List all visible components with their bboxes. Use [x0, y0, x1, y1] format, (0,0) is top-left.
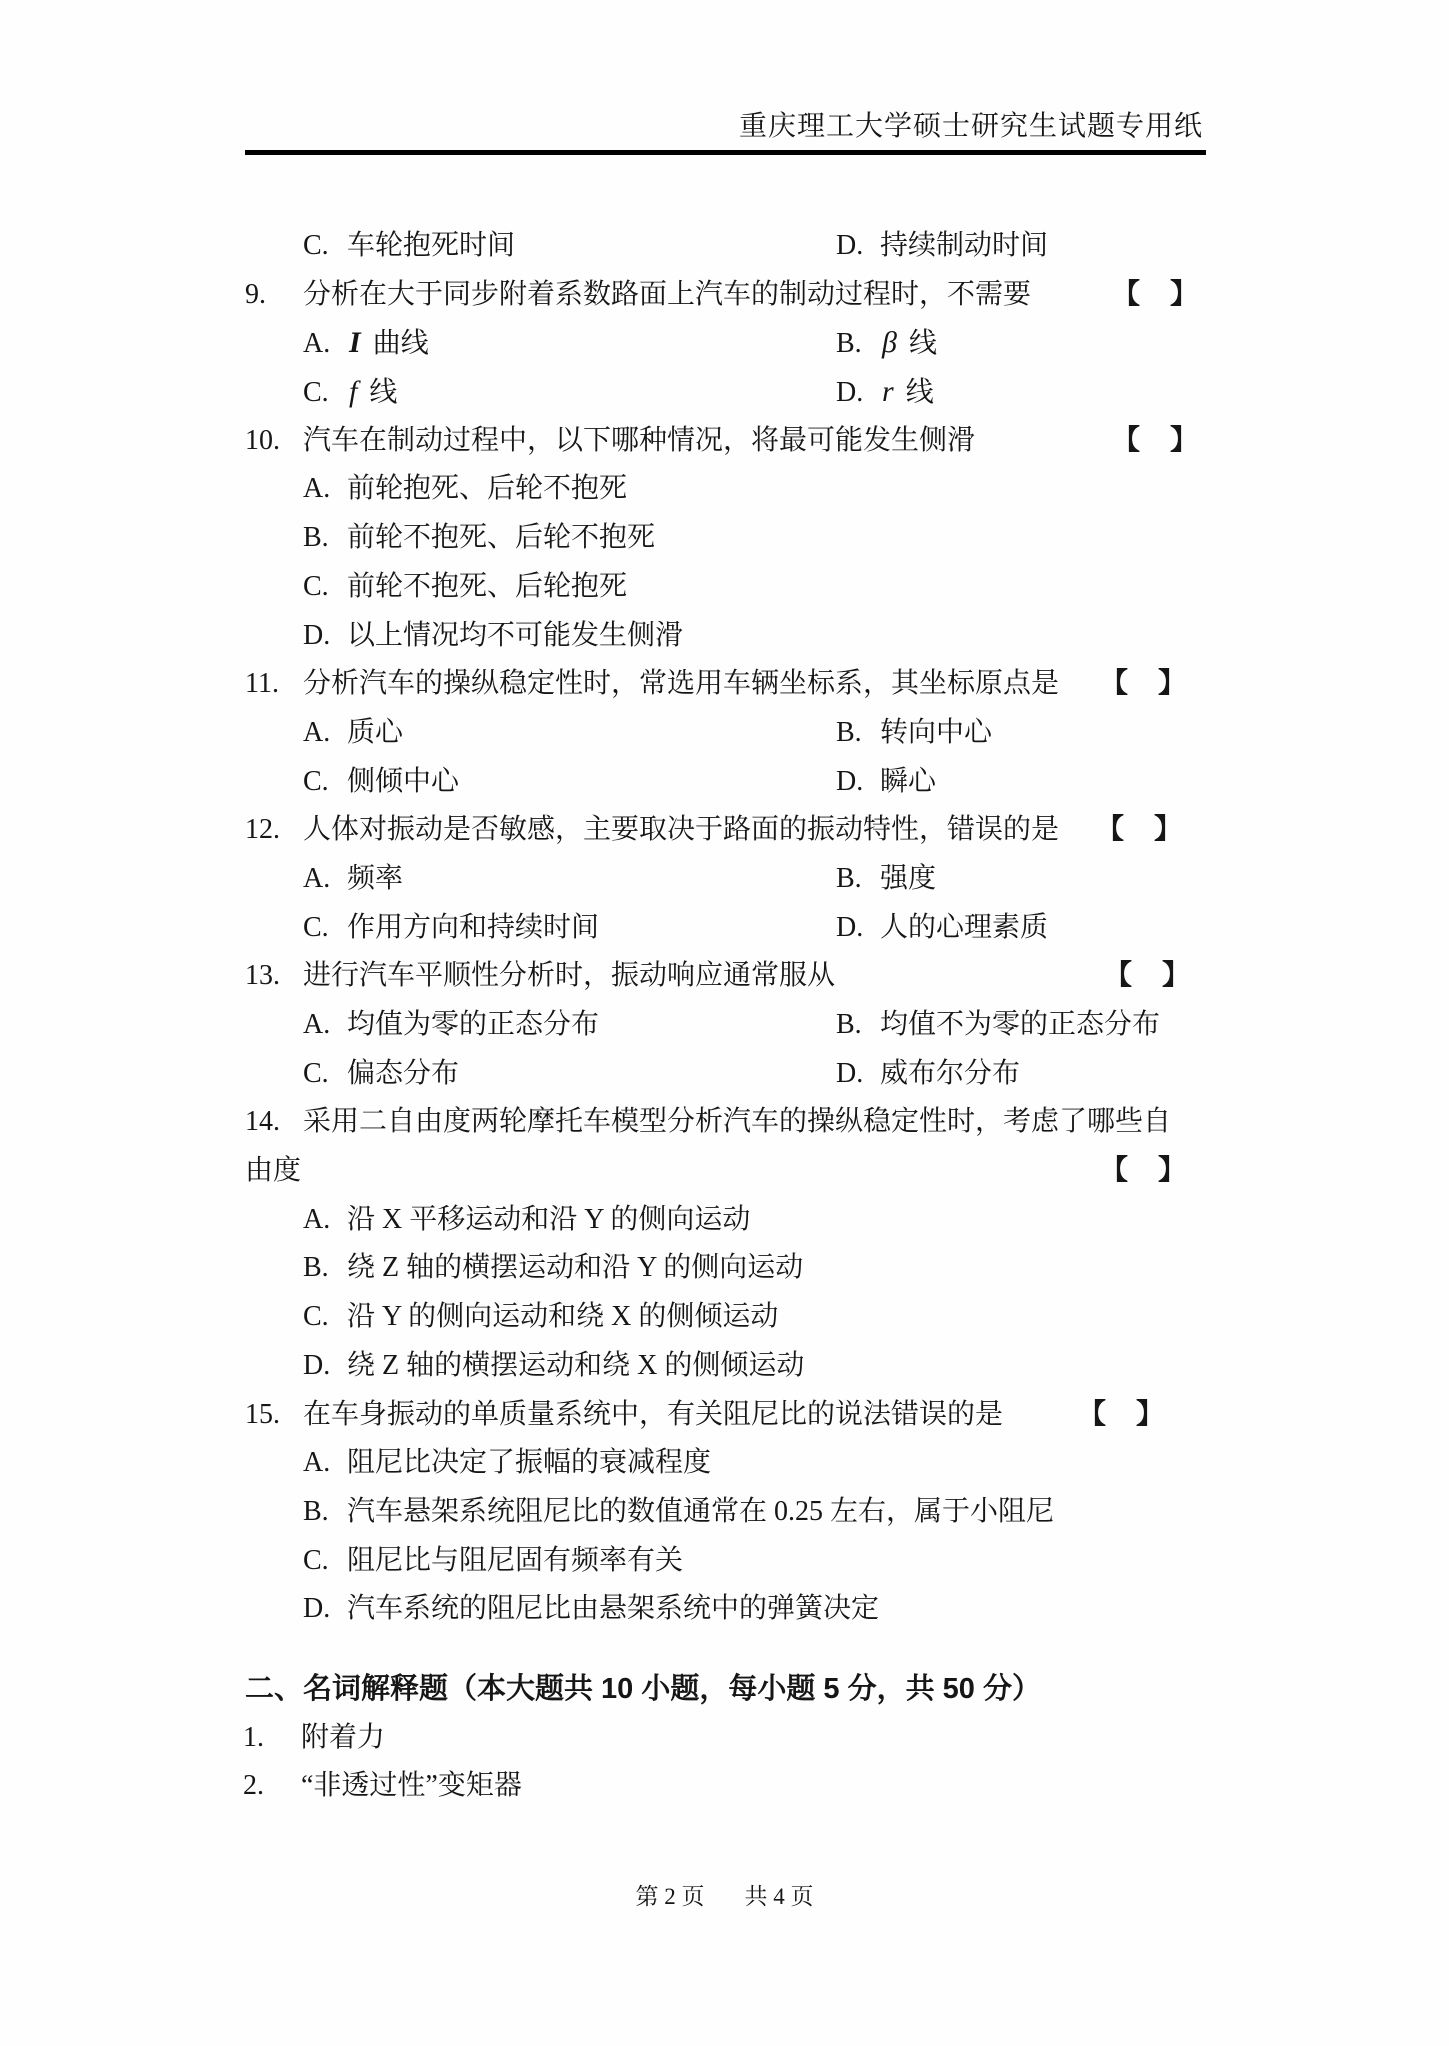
- bracket-open: 【: [1096, 806, 1124, 855]
- option-row: A.质心 B.转向中心: [0, 709, 1449, 758]
- option-label: A.: [303, 709, 347, 758]
- option-text: 人的心理素质: [880, 912, 1048, 943]
- question-stem: 在车身振动的单质量系统中，有关阻尼比的说法错误的是: [303, 1399, 1003, 1430]
- question-stem: 人体对振动是否敏感，主要取决于路面的振动特性，错误的是: [303, 814, 1059, 845]
- option-item: B.强度: [836, 855, 936, 904]
- bracket-open: 【: [1100, 1147, 1128, 1196]
- bracket-close: 】: [1154, 806, 1182, 855]
- option-text: 瞬心: [880, 766, 936, 797]
- option-item: A.前轮抱死、后轮不抱死: [303, 473, 627, 504]
- section-2-heading: 二、名词解释题（本大题共 10 小题，每小题 5 分，共 50 分）: [0, 1665, 1449, 1714]
- option-text: 线: [909, 328, 937, 359]
- option-item: B.β线: [836, 319, 937, 369]
- option-label: D.: [836, 369, 880, 418]
- option-text: 以上情况均不可能发生侧滑: [347, 620, 683, 651]
- option-text: 阻尼比与阻尼固有频率有关: [347, 1545, 683, 1576]
- option-item: C.侧倾中心: [303, 766, 459, 797]
- option-item: A.阻尼比决定了振幅的衰减程度: [303, 1447, 711, 1478]
- question-number: 10.: [245, 417, 303, 466]
- answer-brackets: 【】: [1100, 1147, 1186, 1196]
- option-text: 偏态分布: [347, 1058, 459, 1089]
- option-text: 前轮抱死、后轮不抱死: [347, 473, 627, 504]
- option-label: B.: [303, 1488, 347, 1537]
- option-item: D.人的心理素质: [836, 904, 1048, 953]
- option-text: 阻尼比决定了振幅的衰减程度: [347, 1447, 711, 1478]
- question-stem: 分析在大于同步附着系数路面上汽车的制动过程时，不需要: [303, 279, 1031, 310]
- option-row: A.阻尼比决定了振幅的衰减程度: [0, 1439, 1449, 1488]
- question-15-stem-row: 15.在车身振动的单质量系统中，有关阻尼比的说法错误的是 【】: [0, 1391, 1449, 1440]
- option-text: 沿 Y 的侧向运动和绕 X 的侧倾运动: [347, 1301, 778, 1332]
- option-row: C.阻尼比与阻尼固有频率有关: [0, 1537, 1449, 1586]
- term-number: 1.: [243, 1714, 301, 1763]
- option-text: 作用方向和持续时间: [347, 912, 599, 943]
- option-text: 汽车系统的阻尼比由悬架系统中的弹簧决定: [347, 1593, 879, 1624]
- option-item: A.均值为零的正态分布: [303, 1009, 599, 1040]
- term-text: 附着力: [301, 1722, 385, 1753]
- option-label: B.: [303, 514, 347, 563]
- page-total: 共 4 页: [745, 1884, 814, 1909]
- option-item: A.I曲线: [303, 328, 429, 359]
- question-stem: 分析汽车的操纵稳定性时，常选用车辆坐标系，其坐标原点是: [303, 668, 1059, 699]
- option-item: D.汽车系统的阻尼比由悬架系统中的弹簧决定: [303, 1593, 879, 1624]
- question-14-stem-continued-row: 由度 【】: [0, 1147, 1449, 1196]
- option-item: C.沿 Y 的侧向运动和绕 X 的侧倾运动: [303, 1301, 778, 1332]
- option-text: 线: [906, 377, 934, 408]
- option-label: A.: [303, 855, 347, 904]
- page-number: 第 2 页: [636, 1884, 705, 1909]
- option-label: A.: [303, 1196, 347, 1245]
- option-label: B.: [836, 709, 880, 758]
- bracket-open: 【: [1112, 417, 1140, 466]
- bracket-close: 】: [1158, 1147, 1186, 1196]
- option-label: A.: [303, 1001, 347, 1050]
- term-item: 2.“非透过性”变矩器: [0, 1762, 1449, 1811]
- option-label: D.: [303, 1585, 347, 1634]
- option-text: 强度: [880, 863, 936, 894]
- option-label: C.: [303, 1537, 347, 1586]
- option-variable: β: [882, 326, 897, 359]
- option-item: A.沿 X 平移运动和沿 Y 的侧向运动: [303, 1204, 750, 1235]
- answer-brackets: 【】: [1112, 417, 1198, 466]
- answer-brackets: 【】: [1078, 1391, 1164, 1440]
- term-item: 1.附着力: [0, 1714, 1449, 1763]
- option-row: C.前轮不抱死、后轮抱死: [0, 563, 1449, 612]
- page-header-title: 重庆理工大学硕士研究生试题专用纸: [739, 104, 1203, 144]
- question-number: 11.: [245, 660, 303, 709]
- answer-brackets: 【】: [1112, 271, 1198, 320]
- option-item: C.作用方向和持续时间: [303, 912, 599, 943]
- option-item: C.车轮抱死时间: [303, 230, 515, 261]
- option-text: 频率: [347, 863, 403, 894]
- option-row: B.前轮不抱死、后轮不抱死: [0, 514, 1449, 563]
- question-number: 12.: [245, 806, 303, 855]
- option-text: 绕 Z 轴的横摆运动和沿 Y 的侧向运动: [347, 1252, 803, 1283]
- option-item: C.f线: [303, 377, 397, 408]
- option-label: A.: [303, 320, 347, 369]
- option-row: C.车轮抱死时间 D.持续制动时间: [0, 222, 1449, 271]
- answer-brackets: 【】: [1096, 806, 1182, 855]
- option-row: D.以上情况均不可能发生侧滑: [0, 612, 1449, 661]
- option-row: A.均值为零的正态分布 B.均值不为零的正态分布: [0, 1001, 1449, 1050]
- option-label: B.: [836, 320, 880, 369]
- question-number: 15.: [245, 1391, 303, 1440]
- bracket-open: 【: [1104, 952, 1132, 1001]
- option-row: C.侧倾中心 D.瞬心: [0, 758, 1449, 807]
- option-item: B.前轮不抱死、后轮不抱死: [303, 522, 655, 553]
- question-stem: 采用二自由度两轮摩托车模型分析汽车的操纵稳定性时，考虑了哪些自: [303, 1106, 1171, 1137]
- page-footer: 第 2 页共 4 页: [0, 1878, 1449, 1911]
- question-stem: 汽车在制动过程中，以下哪种情况，将最可能发生侧滑: [303, 425, 975, 456]
- option-label: B.: [836, 855, 880, 904]
- bracket-open: 【: [1112, 271, 1140, 320]
- option-label: C.: [303, 904, 347, 953]
- option-item: C.阻尼比与阻尼固有频率有关: [303, 1545, 683, 1576]
- option-text: 威布尔分布: [880, 1058, 1020, 1089]
- option-text: 汽车悬架系统阻尼比的数值通常在 0.25 左右，属于小阻尼: [347, 1496, 1054, 1527]
- option-item: C.偏态分布: [303, 1058, 459, 1089]
- option-label: D.: [303, 1342, 347, 1391]
- option-variable: f: [349, 375, 357, 408]
- bracket-close: 】: [1170, 417, 1198, 466]
- option-item: D.持续制动时间: [836, 222, 1048, 271]
- option-text: 前轮不抱死、后轮抱死: [347, 571, 627, 602]
- option-label: A.: [303, 1439, 347, 1488]
- option-text: 持续制动时间: [880, 230, 1048, 261]
- option-item: D.瞬心: [836, 758, 936, 807]
- option-row: A.频率 B.强度: [0, 855, 1449, 904]
- question-12-stem-row: 12.人体对振动是否敏感，主要取决于路面的振动特性，错误的是 【】: [0, 806, 1449, 855]
- bracket-open: 【: [1100, 660, 1128, 709]
- question-number: 14.: [245, 1098, 303, 1147]
- answer-brackets: 【】: [1100, 660, 1186, 709]
- question-13-stem-row: 13.进行汽车平顺性分析时，振动响应通常服从 【】: [0, 952, 1449, 1001]
- option-row: A.前轮抱死、后轮不抱死: [0, 465, 1449, 514]
- question-number: 13.: [245, 952, 303, 1001]
- option-row: A.I曲线 B.β线: [0, 319, 1449, 368]
- option-variable: r: [882, 375, 894, 408]
- option-text: 侧倾中心: [347, 766, 459, 797]
- option-label: C.: [303, 222, 347, 271]
- option-item: B.汽车悬架系统阻尼比的数值通常在 0.25 左右，属于小阻尼: [303, 1496, 1054, 1527]
- option-text: 均值为零的正态分布: [347, 1009, 599, 1040]
- option-item: B.均值不为零的正态分布: [836, 1001, 1160, 1050]
- option-row: A.沿 X 平移运动和沿 Y 的侧向运动: [0, 1196, 1449, 1245]
- question-stem-continued: 由度: [245, 1155, 301, 1186]
- option-label: C.: [303, 1050, 347, 1099]
- bracket-close: 】: [1136, 1391, 1164, 1440]
- bracket-close: 】: [1162, 952, 1190, 1001]
- question-10-stem-row: 10.汽车在制动过程中，以下哪种情况，将最可能发生侧滑 【】: [0, 417, 1449, 466]
- option-item: A.频率: [303, 863, 403, 894]
- option-text: 曲线: [373, 328, 429, 359]
- option-item: B.绕 Z 轴的横摆运动和沿 Y 的侧向运动: [303, 1252, 803, 1283]
- header-rule: [245, 150, 1206, 155]
- option-text: 均值不为零的正态分布: [880, 1009, 1160, 1040]
- question-14-stem-row: 14.采用二自由度两轮摩托车模型分析汽车的操纵稳定性时，考虑了哪些自: [0, 1098, 1449, 1147]
- option-text: 车轮抱死时间: [347, 230, 515, 261]
- option-label: B.: [303, 1244, 347, 1293]
- option-item: D.以上情况均不可能发生侧滑: [303, 620, 683, 651]
- term-text: “非透过性”变矩器: [301, 1770, 522, 1801]
- option-text: 转向中心: [880, 717, 992, 748]
- option-label: D.: [836, 758, 880, 807]
- question-11-stem-row: 11.分析汽车的操纵稳定性时，常选用车辆坐标系，其坐标原点是 【】: [0, 660, 1449, 709]
- bracket-close: 】: [1158, 660, 1186, 709]
- term-number: 2.: [243, 1762, 301, 1811]
- option-label: A.: [303, 465, 347, 514]
- option-item: C.前轮不抱死、后轮抱死: [303, 571, 627, 602]
- question-number: 9.: [245, 271, 303, 320]
- option-item: D.绕 Z 轴的横摆运动和绕 X 的侧倾运动: [303, 1350, 804, 1381]
- option-label: D.: [836, 904, 880, 953]
- option-label: D.: [303, 612, 347, 661]
- option-label: C.: [303, 563, 347, 612]
- option-row: C.f线 D.r线: [0, 368, 1449, 417]
- option-item: A.质心: [303, 717, 403, 748]
- option-item: B.转向中心: [836, 709, 992, 758]
- question-stem: 进行汽车平顺性分析时，振动响应通常服从: [303, 960, 835, 991]
- option-row: C.作用方向和持续时间 D.人的心理素质: [0, 904, 1449, 953]
- option-text: 线: [369, 377, 397, 408]
- option-text: 前轮不抱死、后轮不抱死: [347, 522, 655, 553]
- option-row: D.绕 Z 轴的横摆运动和绕 X 的侧倾运动: [0, 1342, 1449, 1391]
- option-row: D.汽车系统的阻尼比由悬架系统中的弹簧决定: [0, 1585, 1449, 1634]
- option-item: D.r线: [836, 368, 934, 418]
- option-label: D.: [836, 222, 880, 271]
- option-label: B.: [836, 1001, 880, 1050]
- exam-page: 重庆理工大学硕士研究生试题专用纸 C.车轮抱死时间 D.持续制动时间 9.分析在…: [0, 0, 1449, 2046]
- option-text: 沿 X 平移运动和沿 Y 的侧向运动: [347, 1204, 750, 1235]
- question-9-stem-row: 9.分析在大于同步附着系数路面上汽车的制动过程时，不需要 【】: [0, 271, 1449, 320]
- option-row: B.汽车悬架系统阻尼比的数值通常在 0.25 左右，属于小阻尼: [0, 1488, 1449, 1537]
- answer-brackets: 【】: [1104, 952, 1190, 1001]
- option-row: B.绕 Z 轴的横摆运动和沿 Y 的侧向运动: [0, 1244, 1449, 1293]
- option-label: C.: [303, 758, 347, 807]
- option-text: 质心: [347, 717, 403, 748]
- option-label: D.: [836, 1050, 880, 1099]
- option-text: 绕 Z 轴的横摆运动和绕 X 的侧倾运动: [347, 1350, 804, 1381]
- bracket-close: 】: [1170, 271, 1198, 320]
- option-item: D.威布尔分布: [836, 1050, 1020, 1099]
- option-row: C.沿 Y 的侧向运动和绕 X 的侧倾运动: [0, 1293, 1449, 1342]
- option-variable: I: [349, 326, 361, 359]
- option-label: C.: [303, 369, 347, 418]
- option-row: C.偏态分布 D.威布尔分布: [0, 1050, 1449, 1099]
- option-label: C.: [303, 1293, 347, 1342]
- bracket-open: 【: [1078, 1391, 1106, 1440]
- exam-content: C.车轮抱死时间 D.持续制动时间 9.分析在大于同步附着系数路面上汽车的制动过…: [0, 222, 1449, 1811]
